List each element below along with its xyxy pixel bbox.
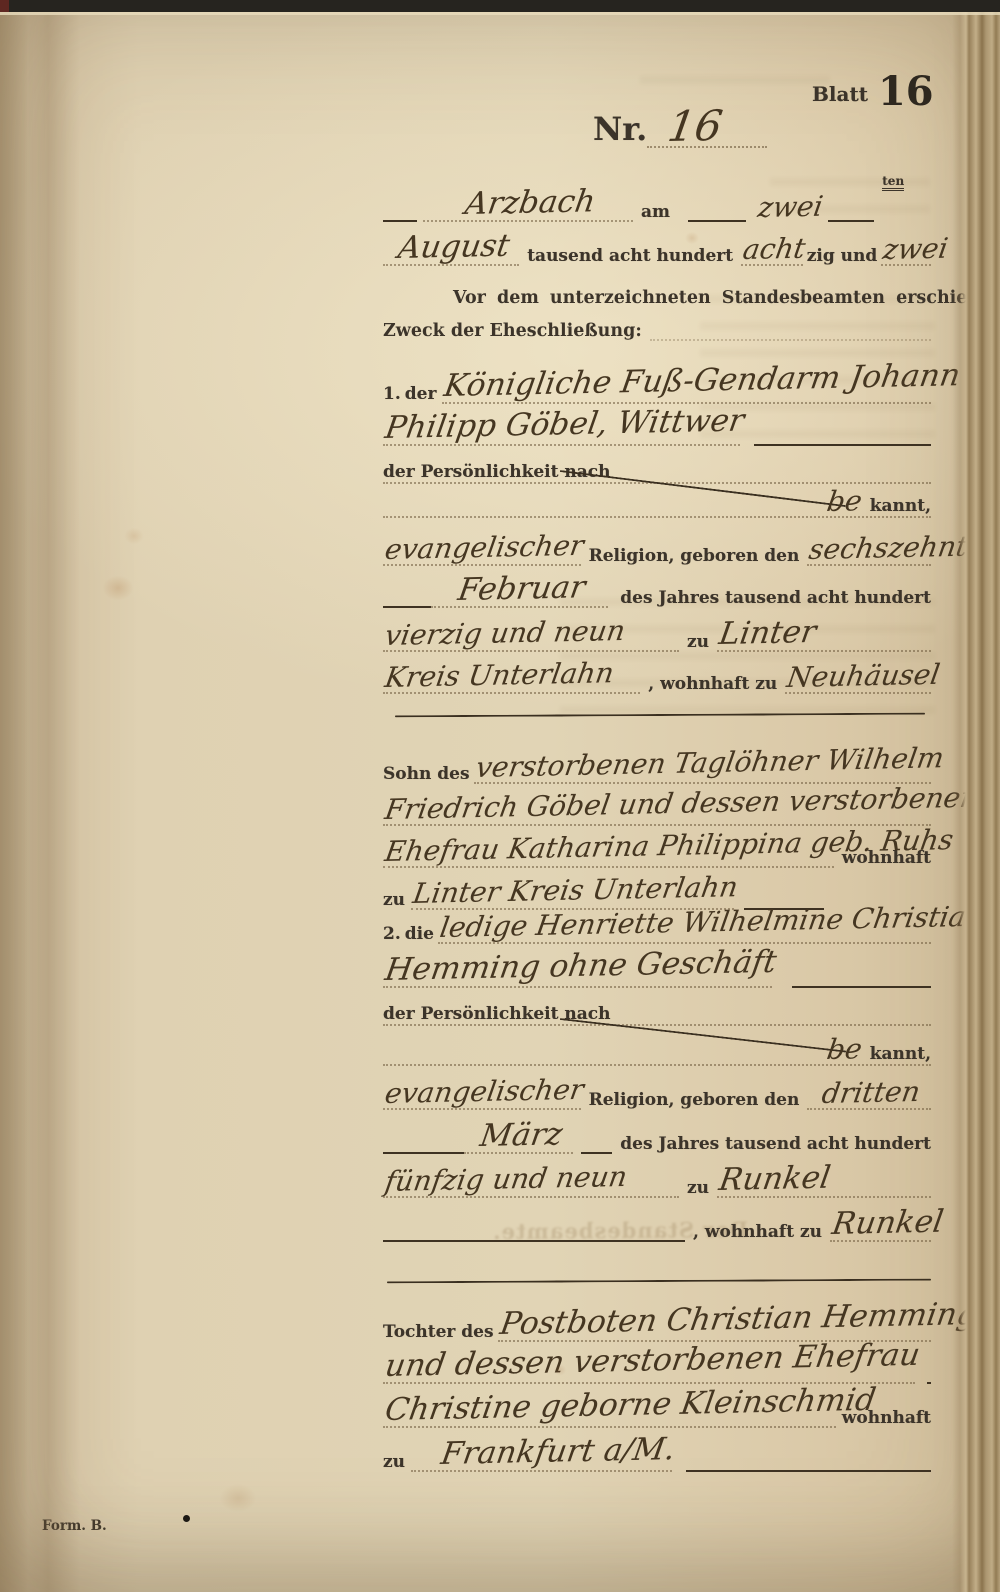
- groom-name-row2: Philipp Göbel, Wittwer: [383, 402, 931, 446]
- bride-name-row2: Hemming ohne Geschäft: [383, 944, 931, 988]
- groom-religion-row: evangelischer Religion, geboren den sech…: [383, 524, 931, 566]
- month-field: August: [383, 233, 519, 266]
- zu-label: zu: [687, 1178, 709, 1198]
- bride-name-row1: 2. die ledige Henriette Wilhelmine Chris…: [383, 902, 931, 944]
- birth-year-field: vierzig und neun: [383, 622, 679, 652]
- groom-name-field2: Philipp Göbel, Wittwer: [383, 413, 740, 446]
- record-number-handwritten: 16: [665, 105, 725, 148]
- religion-handwritten: evangelischer: [383, 1076, 586, 1108]
- ones-handwritten: zwei: [881, 235, 950, 264]
- bride-birth-year-row: fünfzig und neun zu Runkel: [383, 1154, 931, 1198]
- groom-number: 1.: [383, 384, 401, 404]
- mother-field: Ehefrau Katharina Philippina geb. Ruhs: [383, 838, 834, 868]
- record-number-row: Nr. 16: [593, 106, 767, 148]
- groom-name-handwritten1: Königliche Fuß-Gendarm Johann: [442, 360, 962, 402]
- bride-bekannt-row: be kannt,: [383, 1026, 931, 1066]
- father-handwritten2: Friedrich Göbel und dessen verstorbenen: [383, 784, 981, 824]
- birth-year-handwritten: vierzig und neun: [383, 617, 627, 650]
- groom-parents-row3: Ehefrau Katharina Philippina geb. Ruhs w…: [383, 824, 931, 868]
- bride-father-handwritten: Postboten Christian Hemming: [498, 1299, 979, 1340]
- intro-line2: Zweck der Eheschließung:: [383, 321, 642, 341]
- groom-birth-year-row: vierzig und neun zu Linter: [383, 608, 931, 652]
- groom-name-row1: 1. der Königliche Fuß-Gendarm Johann: [383, 360, 931, 404]
- zu-label: zu: [687, 632, 709, 652]
- bride-parents-row1: Tochter des Postboten Christian Hemming: [383, 1294, 931, 1342]
- sheet-header: Blatt 16: [812, 72, 934, 112]
- religion-field: evangelischer: [383, 1080, 581, 1110]
- religion-field: evangelischer: [383, 536, 581, 566]
- residence-handwritten: Runkel: [830, 1207, 946, 1240]
- century-label: tausend acht hundert: [527, 246, 733, 266]
- am-label: am: [641, 202, 670, 222]
- nr-label: Nr.: [593, 110, 647, 148]
- father-field2: Friedrich Göbel und dessen verstorbenen: [383, 796, 931, 826]
- bride-name-field2: Hemming ohne Geschäft: [383, 955, 772, 988]
- bride-article: die: [405, 924, 434, 944]
- birth-day-field: sechszehnten: [807, 536, 931, 566]
- residence-handwritten: Neuhäusel: [785, 661, 942, 692]
- birth-place-field: Linter: [717, 619, 931, 652]
- be-handwritten: be: [825, 487, 864, 516]
- birth-place-handwritten: Runkel: [717, 1163, 833, 1196]
- bride-name-handwritten2: Hemming ohne Geschäft: [383, 947, 778, 986]
- birth-month-handwritten: Februar: [456, 572, 587, 606]
- zu-label: zu: [383, 1452, 405, 1472]
- bride-parents-residence-handwritten: Frankfurt a/M.: [439, 1434, 677, 1470]
- ones-field: zwei: [881, 236, 931, 266]
- day-handwritten: zwei: [756, 193, 825, 222]
- birth-month-field: März: [464, 1121, 574, 1154]
- page-edge-seam: [0, 12, 1000, 15]
- groom-parents-row2: Friedrich Göbel und dessen verstorbenen: [383, 782, 931, 826]
- bleedthrough-line: [640, 76, 830, 90]
- groom-residence-row: Kreis Unterlahn , wohnhaft zu Neuhäusel: [383, 650, 931, 694]
- kannt-label: kannt,: [870, 1044, 931, 1064]
- bride-mother-handwritten: Christine geborne Kleinschmid: [383, 1385, 878, 1426]
- intro-line1: Vor dem unterzeichneten Standesbeamten e…: [383, 288, 931, 308]
- bride-number: 2.: [383, 924, 401, 944]
- birth-place-handwritten: Linter: [717, 617, 818, 650]
- residence-field: Neuhäusel: [785, 664, 931, 694]
- birth-day-handwritten: dritten: [820, 1078, 922, 1108]
- residence-field: Runkel: [830, 1209, 931, 1242]
- birth-place-field: Runkel: [717, 1165, 931, 1198]
- wohnhaft-zu-label: , wohnhaft zu: [693, 1222, 822, 1242]
- nr-field: 16: [647, 106, 767, 148]
- bride-parents-handwritten2: und dessen verstorbenen Ehefrau: [383, 1340, 922, 1382]
- birth-year-handwritten: fünfzig und neun: [383, 1163, 629, 1196]
- year-label: des Jahres tausend acht hundert: [620, 1134, 931, 1154]
- tens-handwritten: acht: [741, 235, 807, 264]
- bride-parents-row2: und dessen verstorbenen Ehefrau: [383, 1338, 931, 1384]
- ten-suffix: ten: [882, 174, 904, 191]
- place-handwritten: Arzbach: [463, 186, 597, 220]
- tens-field: acht: [741, 236, 803, 266]
- month-handwritten: August: [396, 231, 512, 264]
- bride-identity-row: der Persönlichkeit nach: [383, 988, 931, 1026]
- religion-label: Religion, geboren den: [589, 1090, 800, 1110]
- district-handwritten: Kreis Unterlahn: [383, 659, 616, 692]
- be-handwritten: be: [825, 1035, 864, 1064]
- bride-residence-row: , wohnhaft zu Runkel: [383, 1196, 931, 1242]
- birth-year-field: fünfzig und neun: [383, 1168, 679, 1198]
- groom-birth-month-row: Februar des Jahres tausend acht hundert: [383, 566, 931, 608]
- bride-name-handwritten1: ledige Henriette Wilhelmine Christiane: [438, 902, 1000, 942]
- ink-dash: [686, 1470, 931, 1472]
- sheet-number: 16: [878, 72, 934, 112]
- bride-name-field1: ledige Henriette Wilhelmine Christiane: [438, 914, 931, 944]
- wohnhaft-zu-label: , wohnhaft zu: [648, 674, 777, 694]
- section-ink-line: [387, 1279, 931, 1284]
- dateline-place-row: Arzbach am zwei ten: [383, 178, 931, 222]
- intro-paragraph: Vor dem unterzeichneten Standesbeamten e…: [383, 288, 931, 341]
- registry-page-scan: Der Standesbeamte. Blatt 16 Nr. 16 Arzba…: [0, 0, 1000, 1592]
- father-field1: verstorbenen Taglöhner Wilhelm: [474, 754, 931, 784]
- page-edges-right: [952, 0, 1000, 1592]
- religion-handwritten: evangelischer: [383, 532, 586, 564]
- year-label: des Jahres tausend acht hundert: [620, 588, 931, 608]
- bride-parents-residence-row: zu Frankfurt a/M.: [383, 1424, 931, 1472]
- groom-name-field1: Königliche Fuß-Gendarm Johann: [442, 371, 931, 404]
- zig-und-label: zig und: [807, 246, 878, 266]
- bride-birth-month-row: März des Jahres tausend acht hundert: [383, 1112, 931, 1154]
- groom-name-handwritten2: Philipp Göbel, Wittwer: [383, 406, 746, 444]
- son-label: Sohn des: [383, 764, 470, 784]
- bride-parents-field2: und dessen verstorbenen Ehefrau: [383, 1351, 915, 1384]
- birth-month-field: Februar: [431, 575, 608, 608]
- ink-spot: [183, 1515, 190, 1522]
- religion-label: Religion, geboren den: [589, 546, 800, 566]
- intro-trailing-dots: [650, 339, 931, 341]
- bride-parents-row3: Christine geborne Kleinschmid wohnhaft: [383, 1382, 931, 1428]
- ink-dash: [383, 1240, 685, 1242]
- section-ink-line: [395, 713, 925, 718]
- bride-religion-row: evangelischer Religion, geboren den drit…: [383, 1068, 931, 1110]
- dateline-year-row: August tausend acht hundert acht zig und…: [383, 222, 931, 266]
- book-edge-top: [0, 0, 1000, 12]
- groom-bekannt-row: be kannt,: [383, 478, 931, 518]
- book-fold-shadow: [0, 0, 80, 1592]
- birth-month-handwritten: März: [478, 1119, 564, 1152]
- father-handwritten1: verstorbenen Taglöhner Wilhelm: [474, 744, 946, 782]
- groom-parents-row1: Sohn des verstorbenen Taglöhner Wilhelm: [383, 740, 931, 784]
- bride-parents-residence-field: Frankfurt a/M.: [411, 1439, 672, 1472]
- place-field: Arzbach: [423, 189, 633, 222]
- kannt-label: kannt,: [870, 496, 931, 516]
- groom-article: der: [405, 384, 437, 404]
- blatt-label: Blatt: [812, 82, 868, 106]
- district-field: Kreis Unterlahn: [383, 664, 640, 694]
- birth-day-field: dritten: [807, 1080, 931, 1110]
